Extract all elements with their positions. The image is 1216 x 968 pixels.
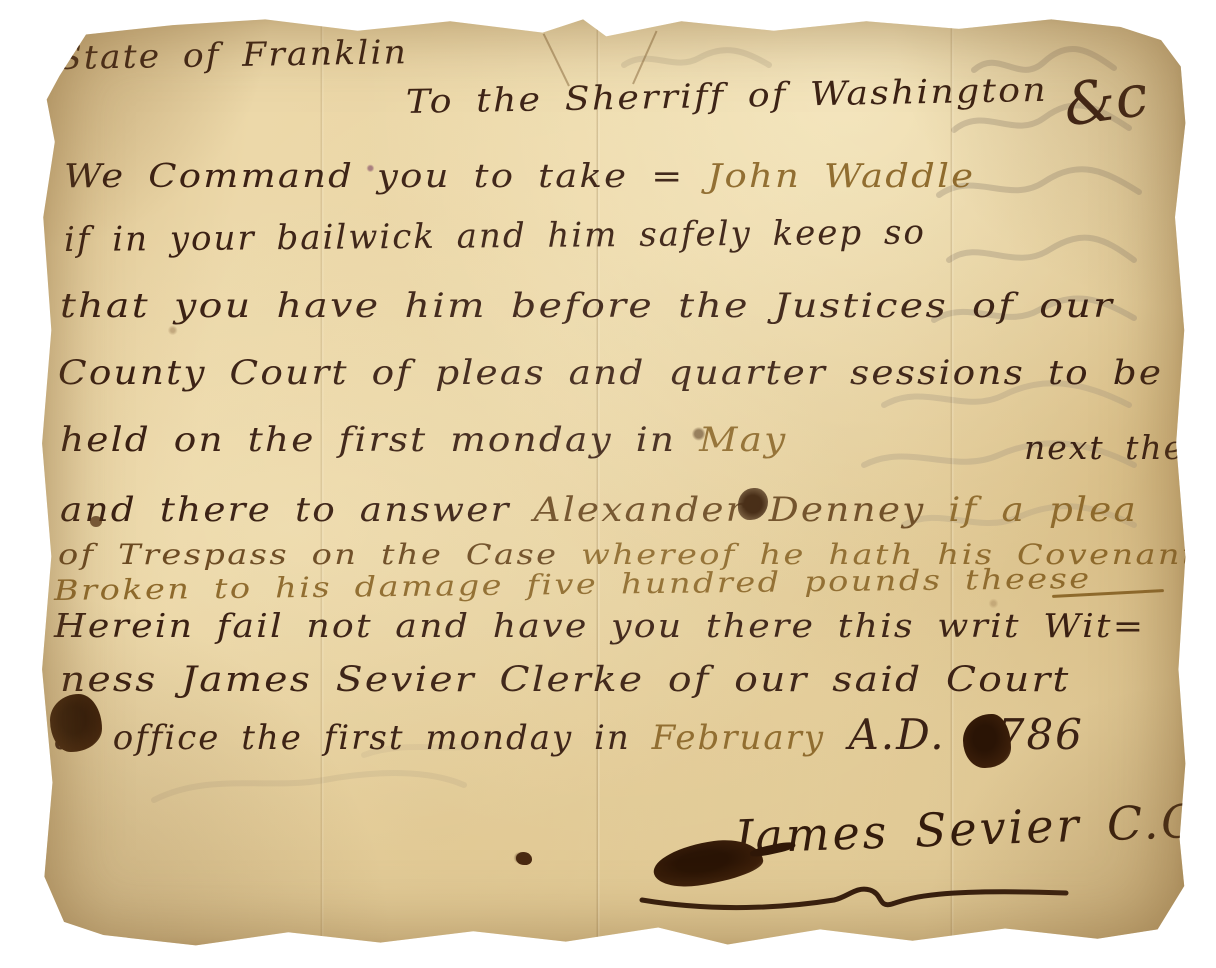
ink-blot [963, 714, 1011, 768]
body-line-answer: and there to answer Alexander Denney if … [60, 490, 1138, 530]
body-line-bailwick: if in your bailwick and him safely keep … [64, 212, 926, 260]
year-1786: A.D. 1786 [825, 710, 1084, 759]
body-line-county-court: County Court of pleas and quarter sessio… [58, 353, 1163, 393]
plaintiff-name: Alexander Denney [533, 490, 925, 530]
heading-text: State of Franklin [58, 32, 409, 77]
heading-state-of-franklin: State of Franklin [58, 32, 409, 77]
manuscript-paper: State of Franklin To the Sherriff of Was… [34, 10, 1190, 952]
defendant-name: John Waddle [707, 156, 975, 195]
body-line-witness-clerk: ness James Sevier Clerke of our said Cou… [60, 660, 1071, 700]
scan-background: State of Franklin To the Sherriff of Was… [0, 0, 1216, 968]
ink-speck [90, 516, 102, 527]
fold-crease-center [596, 10, 600, 952]
body-line-date: at office the first monday in February A… [54, 710, 1084, 759]
etc-abbreviation-mark: &c [1059, 61, 1152, 140]
body-line-held-on: held on the first monday in May [60, 420, 787, 460]
ink-blot [50, 694, 102, 752]
body-line-command: We Command you to take = John Waddle [64, 156, 975, 195]
ink-speck [516, 852, 532, 865]
month-february: February [652, 718, 826, 758]
body-line-justices: that you have him before the Justices of… [60, 286, 1114, 326]
month-may: May [699, 420, 787, 460]
fold-crease-left [320, 10, 324, 952]
body-line-herein-fail-not: Herein fail not and have you there this … [54, 606, 1145, 645]
body-line-next-then: next then [1024, 428, 1208, 467]
